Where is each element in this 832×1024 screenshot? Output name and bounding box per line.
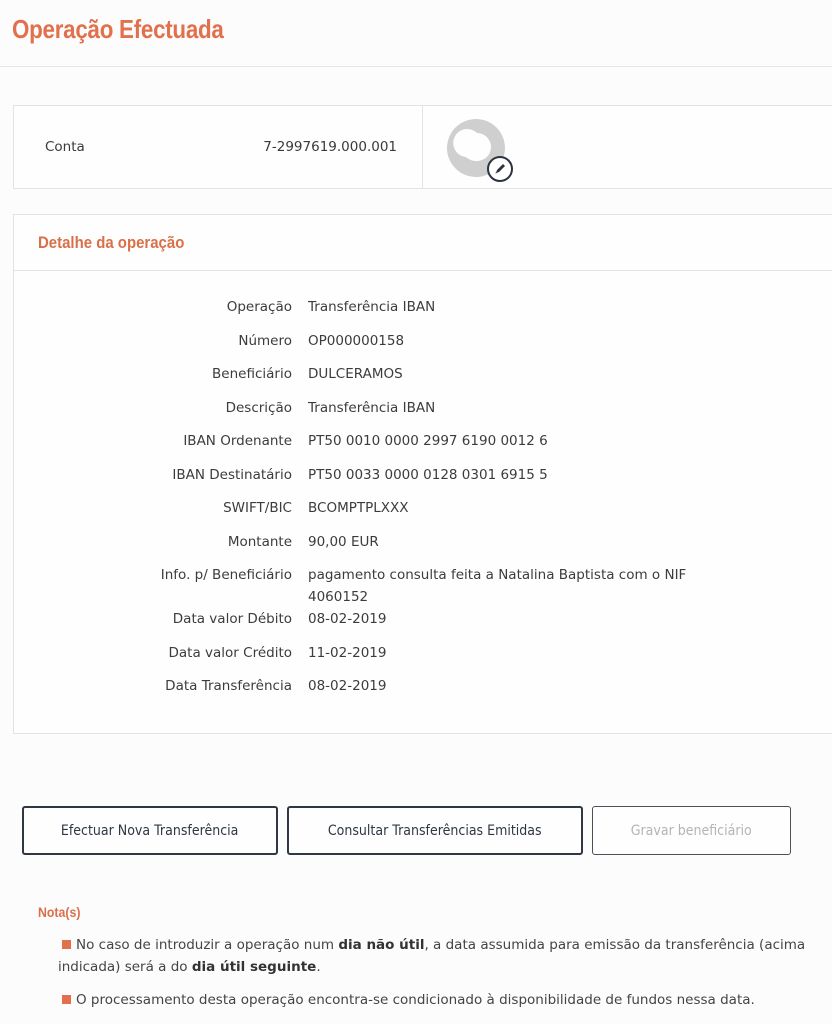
detail-row: DescriçãoTransferência IBAN bbox=[14, 397, 832, 431]
detail-row: Data valor Crédito11-02-2019 bbox=[14, 642, 832, 676]
account-number: 7-2997619.000.001 bbox=[263, 139, 397, 155]
detail-row: IBAN DestinatárioPT50 0033 0000 0128 030… bbox=[14, 464, 832, 498]
detail-header: Detalhe da operação bbox=[14, 215, 832, 271]
detail-row: Data valor Débito08-02-2019 bbox=[14, 608, 832, 642]
view-transfers-button[interactable]: Consultar Transferências Emitidas bbox=[287, 806, 583, 855]
detail-rows: OperaçãoTransferência IBANNúmeroOP000000… bbox=[14, 296, 832, 709]
detail-row: Data Transferência08-02-2019 bbox=[14, 675, 832, 709]
pencil-icon bbox=[493, 162, 507, 176]
save-beneficiary-label: Gravar beneficiário bbox=[631, 823, 752, 839]
note-emphasis: dia útil seguinte bbox=[192, 959, 316, 975]
detail-label: Descrição bbox=[14, 397, 308, 419]
note-item: O processamento desta operação encontra-… bbox=[58, 989, 828, 1011]
new-transfer-label: Efectuar Nova Transferência bbox=[61, 823, 239, 839]
detail-value: 08-02-2019 bbox=[308, 675, 718, 697]
detail-value: pagamento consulta feita a Natalina Bapt… bbox=[308, 564, 718, 608]
detail-label: Data valor Crédito bbox=[14, 642, 308, 664]
square-bullet-icon bbox=[62, 995, 71, 1004]
action-buttons: Efectuar Nova Transferência Consultar Tr… bbox=[22, 806, 791, 855]
note-text: . bbox=[316, 959, 320, 975]
note-emphasis: dia não útil bbox=[338, 937, 424, 953]
detail-value: BCOMPTPLXXX bbox=[308, 497, 718, 519]
note-text: No caso de introduzir a operação num bbox=[76, 937, 338, 953]
detail-label: Data Transferência bbox=[14, 675, 308, 697]
page-title: Operação Efectuada bbox=[12, 14, 224, 45]
detail-value: 08-02-2019 bbox=[308, 608, 718, 630]
operation-detail-panel: Detalhe da operação OperaçãoTransferênci… bbox=[13, 214, 832, 734]
detail-row: IBAN OrdenantePT50 0010 0000 2997 6190 0… bbox=[14, 430, 832, 464]
detail-value: 90,00 EUR bbox=[308, 531, 718, 553]
title-divider bbox=[0, 66, 832, 67]
detail-value: Transferência IBAN bbox=[308, 296, 718, 318]
view-transfers-label: Consultar Transferências Emitidas bbox=[328, 823, 542, 839]
detail-value: PT50 0033 0000 0128 0301 6915 5 bbox=[308, 464, 718, 486]
detail-label: Operação bbox=[14, 296, 308, 318]
detail-value: 11-02-2019 bbox=[308, 642, 718, 664]
detail-value: PT50 0010 0000 2997 6190 0012 6 bbox=[308, 430, 718, 452]
notes-list: No caso de introduzir a operação num dia… bbox=[58, 934, 828, 1022]
detail-row: Montante90,00 EUR bbox=[14, 531, 832, 565]
detail-label: SWIFT/BIC bbox=[14, 497, 308, 519]
account-panel: Conta 7-2997619.000.001 bbox=[13, 105, 832, 189]
detail-value: DULCERAMOS bbox=[308, 363, 718, 385]
save-beneficiary-button[interactable]: Gravar beneficiário bbox=[592, 806, 791, 855]
detail-value: Transferência IBAN bbox=[308, 397, 718, 419]
note-text: O processamento desta operação encontra-… bbox=[76, 992, 755, 1008]
square-bullet-icon bbox=[62, 940, 71, 949]
account-label: Conta bbox=[45, 139, 85, 155]
detail-label: IBAN Destinatário bbox=[14, 464, 308, 486]
note-item: No caso de introduzir a operação num dia… bbox=[58, 934, 828, 978]
detail-row: NúmeroOP000000158 bbox=[14, 330, 832, 364]
page: Operação Efectuada Conta 7-2997619.000.0… bbox=[0, 0, 832, 1024]
detail-title: Detalhe da operação bbox=[38, 233, 184, 253]
detail-value: OP000000158 bbox=[308, 330, 718, 352]
detail-row: Info. p/ Beneficiáriopagamento consulta … bbox=[14, 564, 832, 608]
detail-label: Data valor Débito bbox=[14, 608, 308, 630]
detail-label: IBAN Ordenante bbox=[14, 430, 308, 452]
edit-avatar-button[interactable] bbox=[487, 156, 513, 182]
detail-row: OperaçãoTransferência IBAN bbox=[14, 296, 832, 330]
detail-label: Número bbox=[14, 330, 308, 352]
detail-label: Beneficiário bbox=[14, 363, 308, 385]
detail-row: SWIFT/BICBCOMPTPLXXX bbox=[14, 497, 832, 531]
new-transfer-button[interactable]: Efectuar Nova Transferência bbox=[22, 806, 278, 855]
account-info: Conta 7-2997619.000.001 bbox=[14, 106, 423, 188]
detail-row: BeneficiárioDULCERAMOS bbox=[14, 363, 832, 397]
detail-label: Info. p/ Beneficiário bbox=[14, 564, 308, 586]
detail-label: Montante bbox=[14, 531, 308, 553]
notes-title: Nota(s) bbox=[38, 904, 80, 920]
